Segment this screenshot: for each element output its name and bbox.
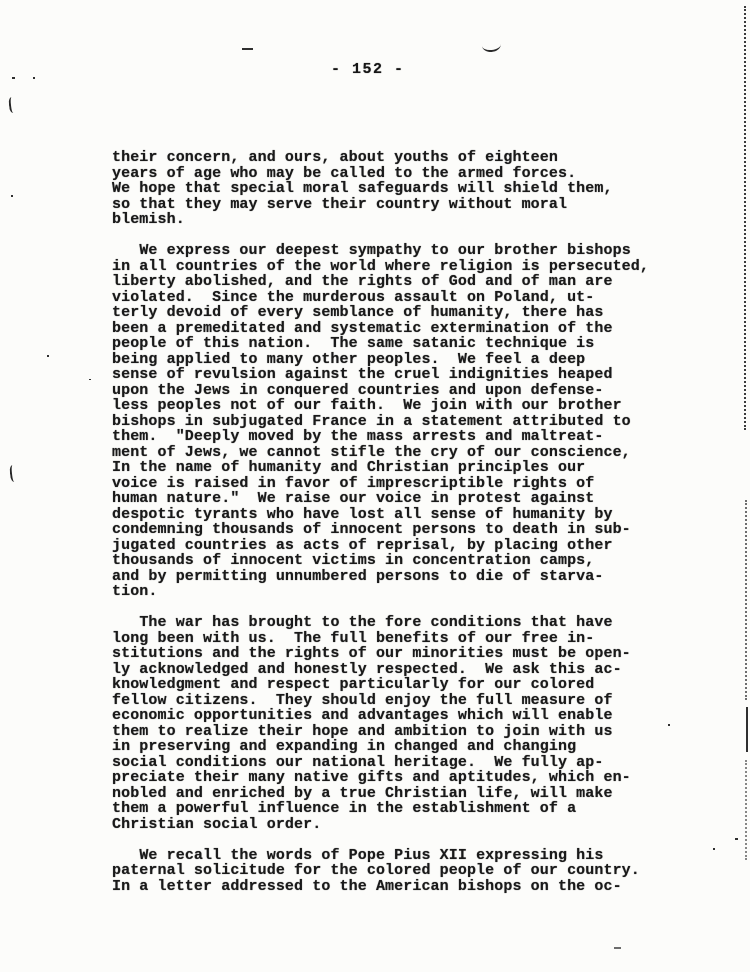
scan-edge-dotted-line (745, 500, 747, 700)
scan-speck (735, 838, 738, 840)
scan-curve-mark (8, 97, 17, 114)
paragraph-continuation-youths: their concern, and ours, about youths of… (112, 150, 677, 228)
scan-curve-mark (9, 465, 18, 483)
scan-dash-mark (242, 48, 253, 50)
scan-speck (33, 77, 35, 79)
scan-speck (668, 724, 670, 726)
scan-speck (614, 947, 621, 949)
scan-edge-dotted-line (745, 760, 747, 860)
scan-edge-dotted-line (744, 6, 746, 430)
scan-squiggle-mark (482, 41, 502, 53)
paragraph-sympathy-persecuted: We express our deepest sympathy to our b… (112, 243, 677, 600)
scan-speck (12, 77, 15, 79)
scanned-document-page: - 152 - their concern, and ours, about y… (0, 0, 750, 972)
scan-speck (89, 379, 91, 380)
scan-speck (47, 355, 49, 357)
scan-speck (11, 195, 13, 197)
paragraph-war-conditions-minorities: The war has brought to the fore conditio… (112, 615, 677, 832)
paragraph-pope-pius-letter: We recall the words of Pope Pius XII exp… (112, 848, 677, 895)
scan-speck (713, 848, 715, 850)
scan-edge-dash (746, 707, 748, 752)
page-number: - 152 - (331, 61, 405, 78)
document-body: their concern, and ours, about youths of… (112, 150, 677, 910)
